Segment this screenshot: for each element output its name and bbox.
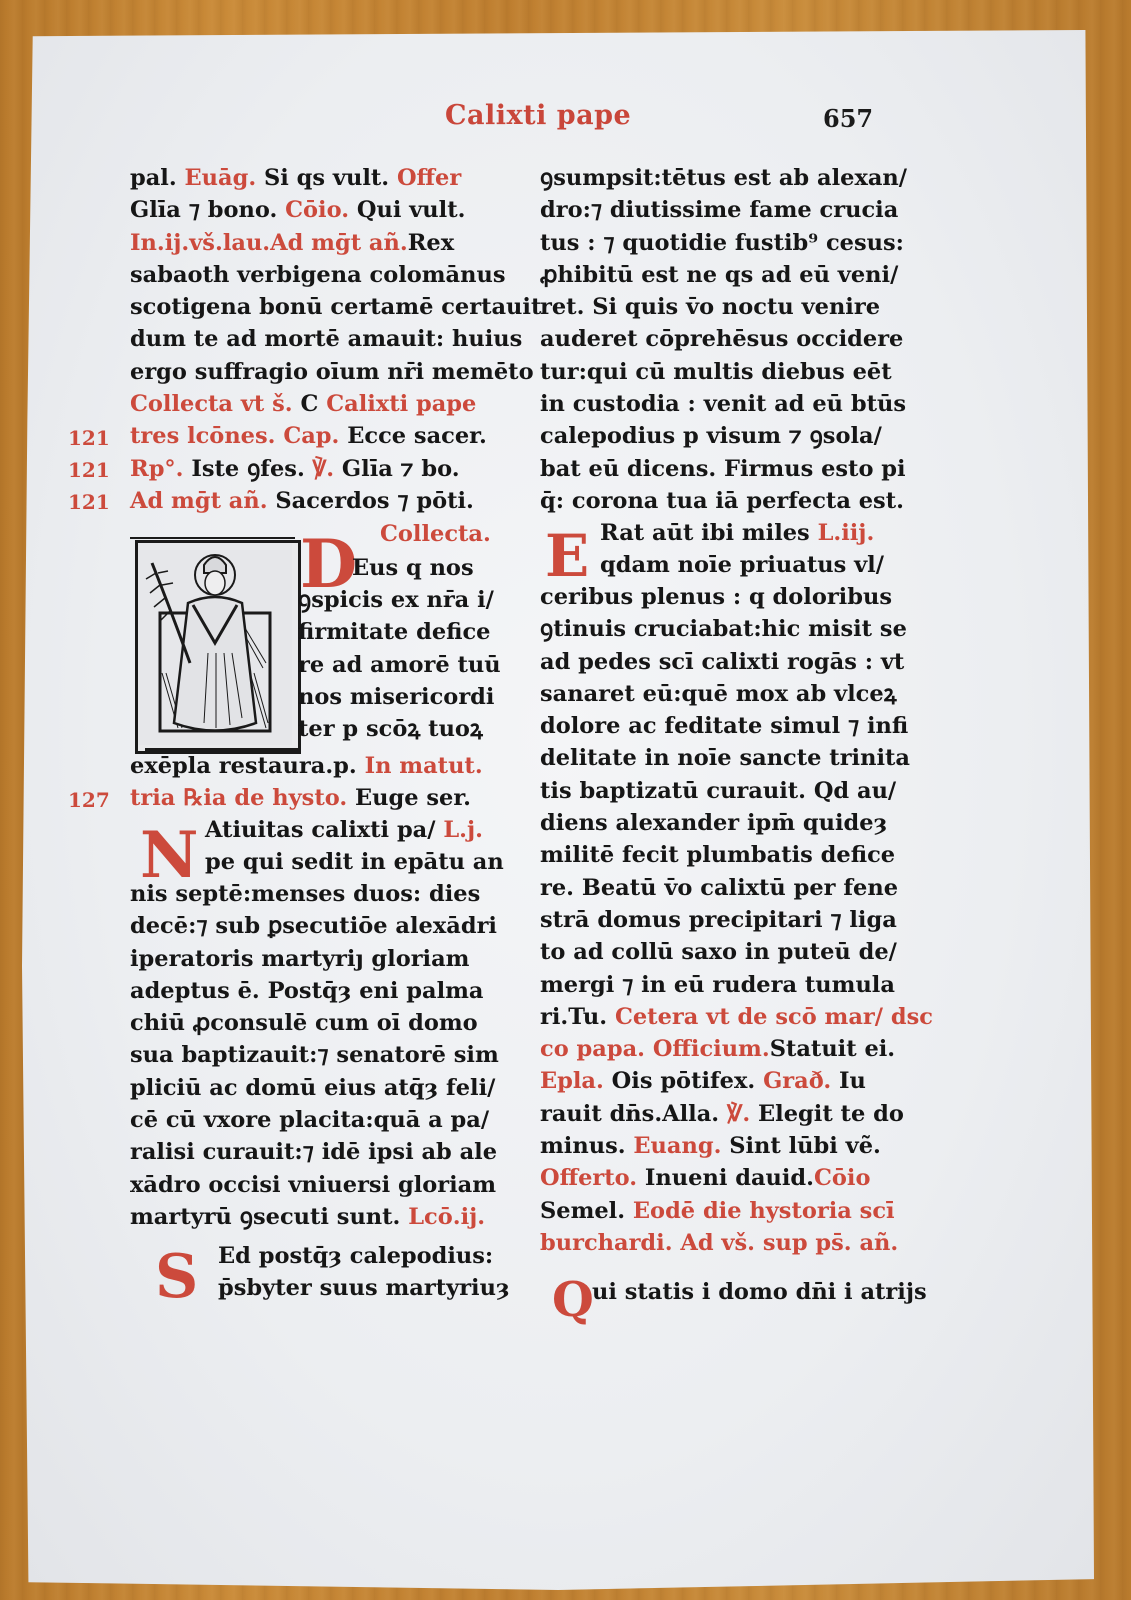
body-text: Semel. [540, 1198, 633, 1224]
rubric-text: Calixti pape [326, 391, 476, 417]
body-text: scotigena bonū certamē certauit [130, 294, 541, 320]
margin-number: 121 [68, 458, 110, 482]
text-line: firmitate defice [298, 616, 501, 648]
lectio2-lines: Ed postq̄ȝ calepodius: p̄sbyter suus mar… [218, 1240, 510, 1305]
text-line: ad pedes scī calixti rogās : vt [540, 646, 970, 678]
rubric-text: Grað. [763, 1068, 831, 1094]
body-text: Sint lūbi vẽ. [721, 1133, 880, 1159]
initial-letter-q: Q [552, 1272, 594, 1328]
text-line: q̄: corona tua iā perfecta est. [540, 485, 970, 517]
text-line: Ed postq̄ȝ calepodius: [218, 1240, 510, 1272]
rubric-text: Cetera vt de scō mar/ dsc [615, 1004, 933, 1030]
text-line: tur:qui cū multis diebus eēt [540, 356, 970, 388]
rubric-text: Offer [397, 165, 461, 191]
text-line: burchardi. Ad vš. sup ps̄. añ. [540, 1227, 970, 1259]
body-text: rauit dn̄s.Alla. [540, 1101, 727, 1127]
text-line: to ad collū saxo in puteū de/ [540, 936, 970, 968]
text-line: Collecta vt š. C Calixti pape [130, 388, 515, 420]
text-line: strā domus precipitari ⁊ liga [540, 904, 970, 936]
text-line: delitate in noīe sancte trinita [540, 742, 970, 774]
text-line: dro:⁊ diutissime fame crucia [540, 194, 970, 226]
rubric-text: Cōio [814, 1165, 870, 1191]
lectio3-line: Rat aūt ibi miles L.iij. [600, 517, 874, 549]
text-line: Semel. Eodē die hystoria scī [540, 1195, 970, 1227]
text-line: ceribus plenus : q doloribus [540, 581, 970, 613]
text-line: pal. Euāg. Si qs vult. Offer [130, 162, 515, 194]
body-text: Euge ser. [347, 785, 471, 811]
text-line: iperatoris martyriȷ gloriam [130, 943, 515, 975]
text-line: ꝯspicis ex nr̄a i/ [298, 584, 501, 616]
initial-letter-e: E [545, 522, 589, 590]
body-text: Rat aūt ibi miles [600, 520, 818, 546]
text-line: dolore ac feditate simul ⁊ infi [540, 710, 970, 742]
text-line: co papa. Officium.Statuit ei. [540, 1033, 970, 1065]
body-text: Inueni dauid. [637, 1165, 814, 1191]
text-line: decē:⁊ sub ꝑsecutiōe alexādri [130, 910, 515, 942]
text-line: pliciū ac domū eius atq̄ȝ feli/ [130, 1072, 515, 1104]
initial-letter-s: S [155, 1242, 198, 1312]
body-text: ergo suffragio oīum nr̄i memēto [130, 359, 534, 385]
text-line: militē fecit plumbatis defice [540, 839, 970, 871]
text-line: Rat aūt ibi miles L.iij. [600, 517, 874, 549]
body-text: sabaoth verbigena colomānus [130, 262, 506, 288]
body-text: ri.Tu. [540, 1004, 615, 1030]
body-text: Iste ꝯfes. [184, 456, 313, 482]
rubric-text: Ad mḡt añ. [130, 488, 268, 514]
body-text: Qui vult. [349, 197, 465, 223]
text-line: tis baptizatū curauit. Qd au/ [540, 775, 970, 807]
after-woodcut-lines: exēpla restaura.p. In matut.tria ℞ia de … [130, 750, 515, 815]
text-line: In.ij.vš.lau.Ad mḡt añ.Rex [130, 227, 515, 259]
right-mid: ceribus plenus : q doloribus ꝯtinuis cru… [540, 581, 970, 1259]
text-line: ui statis i domo dn̄i i atrijs [592, 1276, 927, 1308]
text-line: re. Beatū v̄o calixtū per fene [540, 872, 970, 904]
text-line: scotigena bonū certamē certauit [130, 291, 515, 323]
rubric-text: Epla. [540, 1068, 604, 1094]
text-line: Eus q nos [352, 552, 474, 584]
text-line: Epla. Ois pōtifex. Grað. Iu [540, 1065, 970, 1097]
text-line: exēpla restaura.p. In matut. [130, 750, 515, 782]
collecta-text-cont: ꝯspicis ex nr̄a i/ firmitate defice re a… [298, 584, 501, 745]
body-text: exēpla restaura.p. [130, 753, 365, 779]
rubric-text: Cōio. [285, 197, 349, 223]
text-line: tria ℞ia de hysto. Euge ser. [130, 782, 515, 814]
text-line: martyrū ꝯsecuti sunt. Lcō.ij. [130, 1201, 515, 1233]
rubric-text: Eodē die hystoria scī [633, 1198, 895, 1224]
text-line: Glīa ⁊ bono. Cōio. Qui vult. [130, 194, 515, 226]
lectio1-first-lines: Atiuitas calixti pa/ L.j.pe qui sedit in… [205, 814, 504, 879]
text-line: nis septē:menses duos: dies [130, 878, 515, 910]
body-text: Ois pōtifex. [604, 1068, 763, 1094]
body-text: Iu [831, 1068, 866, 1094]
body-text: Si qs vult. [256, 165, 397, 191]
text-line: in custodia : venit ad eū btūs [540, 388, 970, 420]
text-line: rauit dn̄s.Alla. ℣. Elegit te do [540, 1098, 970, 1130]
rubric-text: L.iij. [818, 520, 875, 546]
collecta-heading: Collecta. [380, 518, 491, 550]
text-line: diens alexander ipm̄ quideȝ [540, 807, 970, 839]
body-text: Statuit ei. [770, 1036, 895, 1062]
text-line: minus. Euang. Sint lūbi vẽ. [540, 1130, 970, 1162]
rubric-text: Offerto. [540, 1165, 637, 1191]
rubric-text: In.ij.vš.lau.Ad mḡt añ. [130, 230, 408, 256]
rubric-text: Collecta vt š. [130, 391, 300, 417]
body-text: Sacerdos ⁊ pōti. [268, 488, 474, 514]
body-text: Glīa ⁊ bono. [130, 197, 285, 223]
text-line: Offerto. Inueni dauid.Cōio [540, 1162, 970, 1194]
body-text: dum te ad mortē amauit: huius [130, 326, 522, 352]
text-line: nos misericordi [298, 681, 501, 713]
left-body: nis septē:menses duos: dies decē:⁊ sub ꝑ… [130, 878, 515, 1233]
text-line: ri.Tu. Cetera vt de scō mar/ dsc [540, 1001, 970, 1033]
seated-pope-icon [138, 543, 292, 745]
body-text: pe qui sedit in epātu an [205, 849, 504, 875]
body-text: Rex [408, 230, 454, 256]
text-line: re ad amorē tuū [298, 649, 501, 681]
text-line: cē cū vxore placita:quā a pa/ [130, 1104, 515, 1136]
text-line: ralisi curauit:⁊ idē ipsi ab ale [130, 1136, 515, 1168]
text-line: ꝓhibitū est ne qs ad eū veni/ [540, 259, 970, 291]
body-text: Ecce sacer. [339, 423, 486, 449]
rubric-text: ℣. [313, 456, 334, 482]
folio-number: 657 [823, 104, 873, 133]
lectio1-lines: Atiuitas calixti pa/ L.j.pe qui sedit in… [205, 814, 504, 879]
margin-number: 127 [68, 788, 110, 812]
text-line: ergo suffragio oīum nr̄i memēto [130, 356, 515, 388]
body-text: Elegit te do [750, 1101, 904, 1127]
text-line: adeptus ē. Postq̄ȝ eni palma [130, 975, 515, 1007]
text-line: ter p scōꝝ tuoꝝ [298, 713, 501, 745]
text-line: tres lcōnes. Cap. Ecce sacer. [130, 420, 515, 452]
running-title: Calixti pape [445, 100, 631, 131]
text-line: sua baptizauit:⁊ senatorē sim [130, 1039, 515, 1071]
left-top-lines: pal. Euāg. Si qs vult. OfferGlīa ⁊ bono.… [130, 162, 515, 517]
right-column-top: ꝯsumpsit:tētus est ab alexan/ dro:⁊ diut… [540, 162, 970, 517]
woodcut-rule [130, 537, 295, 539]
rubric-text: Euang. [633, 1133, 721, 1159]
margin-number: 121 [68, 426, 110, 450]
text-line: ꝯsumpsit:tētus est ab alexan/ [540, 162, 970, 194]
final-line: ui statis i domo dn̄i i atrijs [592, 1276, 927, 1308]
rubric-text: L.j. [443, 817, 483, 843]
text-line: dum te ad mortē amauit: huius [130, 323, 515, 355]
text-line: pe qui sedit in epātu an [205, 846, 504, 878]
collecta-text: Eus q nos [352, 552, 474, 584]
text-line: auderet cōprehēsus occidere [540, 323, 970, 355]
rubric-text: tres lcōnes. Cap. [130, 423, 339, 449]
body-text: martyrū ꝯsecuti sunt. [130, 1204, 408, 1230]
rubric-text: ℣. [727, 1101, 750, 1127]
rubric-text: tria ℞ia de hysto. [130, 785, 347, 811]
rubric-text: Euāg. [185, 165, 257, 191]
text-line: calepodius p visum ⁊ ꝯsola/ [540, 420, 970, 452]
text-line: mergi ⁊ in eū rudera tumula [540, 969, 970, 1001]
left-column: pal. Euāg. Si qs vult. OfferGlīa ⁊ bono.… [130, 162, 515, 517]
body-text: Atiuitas calixti pa/ [205, 817, 443, 843]
lectio3-first-line: Rat aūt ibi miles L.iij. [600, 517, 874, 549]
text-line: ꝯtinuis cruciabat:hic misit se [540, 613, 970, 645]
right-rubric-lines: ri.Tu. Cetera vt de scō mar/ dscco papa.… [540, 1001, 970, 1259]
rubric-text: burchardi. Ad vš. sup ps̄. añ. [540, 1230, 898, 1256]
rubric-text: Rp°. [130, 456, 184, 482]
text-line: xādro occisi vniuersi gloriam [130, 1169, 515, 1201]
rubric-text: In matut. [365, 753, 483, 779]
body-text: Glīa ⁊ bo. [334, 456, 459, 482]
body-text: minus. [540, 1133, 633, 1159]
rubric-text: Lcō.ij. [408, 1204, 485, 1230]
text-line: p̄sbyter suus martyriuȝ [218, 1272, 510, 1304]
left-last-line: martyrū ꝯsecuti sunt. Lcō.ij. [130, 1201, 515, 1233]
margin-number: 121 [68, 490, 110, 514]
left-after-woodcut: exēpla restaura.p. In matut.tria ℞ia de … [130, 750, 515, 815]
rubric-text: co papa. Officium. [540, 1036, 770, 1062]
text-line: bat eū dicens. Firmus esto pi [540, 453, 970, 485]
text-line: sanaret eū:quē mox ab vlceꝝ [540, 678, 970, 710]
body-text: pal. [130, 165, 185, 191]
right-mid-first: qdam noīe priuatus vl/ [600, 549, 884, 581]
text-line: Ad mḡt añ. Sacerdos ⁊ pōti. [130, 485, 515, 517]
woodcut-pope-illustration [135, 540, 301, 754]
text-line: ret. Si quis v̄o noctu venire [540, 291, 970, 323]
text-line: tus : ⁊ quotidie fustib⁹ cesus: [540, 227, 970, 259]
text-line: chiū ꝓconsulē cum oī domo [130, 1007, 515, 1039]
text-line: Atiuitas calixti pa/ L.j. [205, 814, 504, 846]
text-line: qdam noīe priuatus vl/ [600, 549, 884, 581]
text-line: sabaoth verbigena colomānus [130, 259, 515, 291]
body-text: C [300, 391, 326, 417]
text-line: Rp°. Iste ꝯfes. ℣. Glīa ⁊ bo. [130, 453, 515, 485]
